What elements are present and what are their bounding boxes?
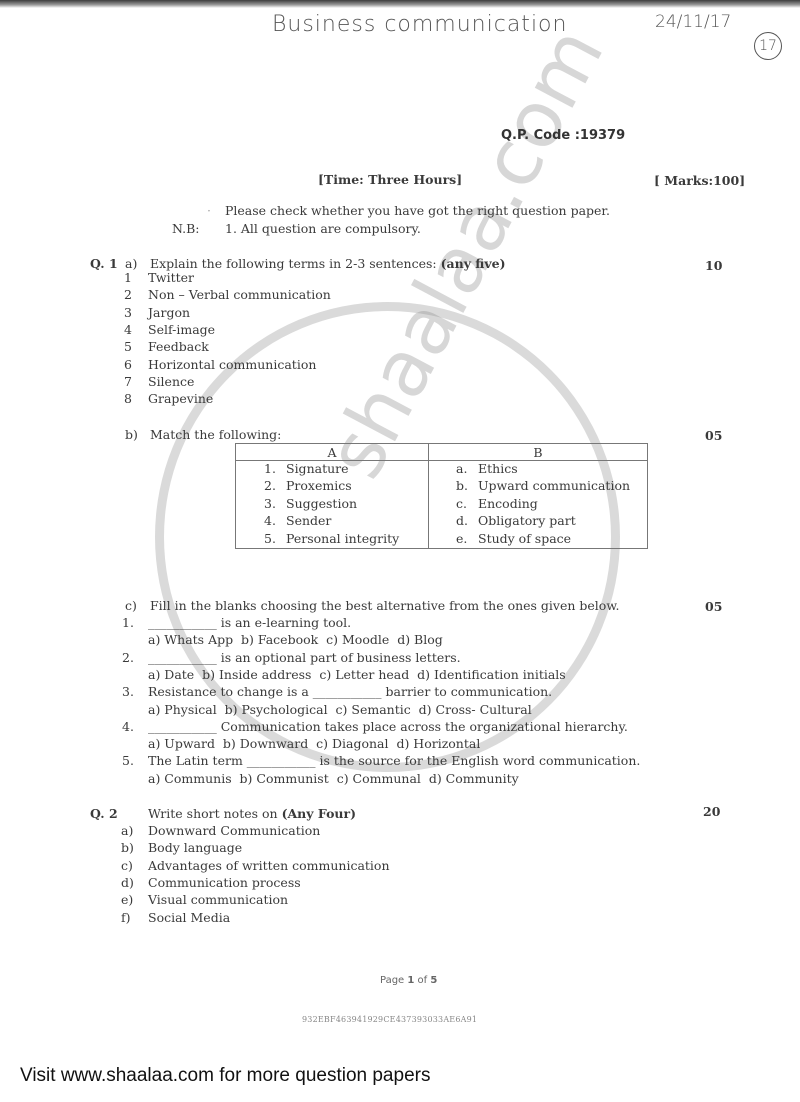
match-row: 1.Signaturea.Ethics	[236, 461, 648, 479]
item-text: Communication process	[148, 875, 301, 890]
q2-note-item: c)Advantages of written communication	[121, 858, 390, 873]
match-col-b-cell: e.Study of space	[429, 531, 648, 549]
match-table: A B 1.Signaturea.Ethics2.Proxemicsb.Upwa…	[235, 443, 648, 549]
bullet-dot: ·	[207, 203, 211, 218]
fill-blank-question: Resistance to change is a ___________ ba…	[148, 684, 552, 699]
q1b-label: b)	[125, 427, 138, 442]
fill-blank-options: a) Whats App b) Facebook c) Moodle d) Bl…	[148, 632, 443, 647]
q1c-label: c)	[125, 598, 137, 613]
item-text: Grapevine	[148, 391, 213, 406]
q1a-term-item: 2Non – Verbal communication	[124, 287, 331, 302]
q1a-term-item: 6Horizontal communication	[124, 357, 316, 372]
q2-note-item: a)Downward Communication	[121, 823, 320, 838]
q1a-term-item: 4Self-image	[124, 322, 215, 337]
q1a-marks: 10	[705, 258, 722, 273]
q1a-term-item: 1Twitter	[124, 270, 194, 285]
item-letter: b)	[121, 840, 148, 855]
item-number: 2	[124, 287, 148, 302]
instruction-text: Please check whether you have got the ri…	[225, 203, 610, 218]
q1-label: Q. 1	[90, 256, 118, 271]
match-col-a-cell: 4.Sender	[236, 513, 429, 530]
fill-blank-number: 5.	[122, 753, 134, 768]
handwritten-date: 24/11/17	[655, 12, 731, 32]
match-col-a-cell: 2.Proxemics	[236, 478, 429, 495]
fill-blank-options: a) Upward b) Downward c) Diagonal d) Hor…	[148, 736, 480, 751]
nb-item: 1. All question are compulsory.	[225, 221, 421, 236]
q1a-prompt: Explain the following terms in 2-3 sente…	[150, 256, 506, 271]
item-letter: c)	[121, 858, 148, 873]
item-letter: a)	[121, 823, 148, 838]
match-row: 5.Personal integritye.Study of space	[236, 531, 648, 549]
q1a-term-item: 5Feedback	[124, 339, 209, 354]
q2-label: Q. 2	[90, 806, 118, 821]
item-text: Non – Verbal communication	[148, 287, 331, 302]
visit-link-text[interactable]: Visit www.shaalaa.com for more question …	[20, 1065, 430, 1087]
match-col-b-header: B	[429, 444, 648, 461]
fill-blank-question: ___________ Communication takes place ac…	[148, 719, 628, 734]
fill-blank-options: a) Physical b) Psychological c) Semantic…	[148, 702, 532, 717]
q1b-prompt: Match the following:	[150, 427, 281, 442]
fill-blank-question: The Latin term ___________ is the source…	[148, 753, 640, 768]
item-text: Feedback	[148, 339, 209, 354]
match-col-a-cell: 1.Signature	[236, 461, 429, 479]
item-text: Social Media	[148, 910, 230, 925]
q1c-prompt: Fill in the blanks choosing the best alt…	[150, 598, 620, 613]
nb-label: N.B:	[172, 221, 200, 236]
item-text: Visual communication	[148, 892, 288, 907]
q1a-term-item: 7Silence	[124, 374, 194, 389]
q2-marks: 20	[703, 804, 720, 819]
item-text: Horizontal communication	[148, 357, 316, 372]
q2-note-item: e)Visual communication	[121, 892, 288, 907]
item-number: 7	[124, 374, 148, 389]
fill-blank-number: 2.	[122, 650, 134, 665]
item-letter: d)	[121, 875, 148, 890]
q1a-term-item: 8Grapevine	[124, 391, 213, 406]
q1c-marks: 05	[705, 599, 722, 614]
match-col-b-cell: c.Encoding	[429, 496, 648, 513]
q1a-term-item: 3Jargon	[124, 305, 190, 320]
q2-prompt: Write short notes on (Any Four)	[148, 806, 356, 821]
q1b-marks: 05	[705, 428, 722, 443]
match-row: 2.Proxemicsb.Upward communication	[236, 478, 648, 495]
item-text: Advantages of written communication	[148, 858, 390, 873]
match-col-a-header: A	[236, 444, 429, 461]
match-row: 3.Suggestionc.Encoding	[236, 496, 648, 513]
match-col-b-cell: b.Upward communication	[429, 478, 648, 495]
match-col-a-cell: 3.Suggestion	[236, 496, 429, 513]
q2-note-item: f)Social Media	[121, 910, 230, 925]
item-text: Body language	[148, 840, 242, 855]
exam-marks: [ Marks:100]	[654, 173, 745, 188]
watermark-text: shaalaa.com	[310, 14, 622, 493]
scan-top-edge	[0, 0, 800, 8]
page-number: Page 1 of 5	[380, 975, 437, 986]
fill-blank-number: 4.	[122, 719, 134, 734]
fill-blank-options: a) Date b) Inside address c) Letter head…	[148, 667, 566, 682]
item-letter: e)	[121, 892, 148, 907]
item-number: 4	[124, 322, 148, 337]
qp-code: Q.P. Code :19379	[501, 128, 625, 143]
document-hash: 932EBF463941929CE437393033AE6A91	[302, 1015, 477, 1024]
exam-time: [Time: Three Hours]	[318, 172, 462, 187]
item-number: 6	[124, 357, 148, 372]
match-col-a-cell: 5.Personal integrity	[236, 531, 429, 549]
item-number: 3	[124, 305, 148, 320]
item-letter: f)	[121, 910, 148, 925]
fill-blank-question: ___________ is an e-learning tool.	[148, 615, 351, 630]
item-number: 5	[124, 339, 148, 354]
q2-note-item: d)Communication process	[121, 875, 301, 890]
item-number: 1	[124, 270, 148, 285]
item-text: Silence	[148, 374, 194, 389]
handwritten-circled-number: 17	[754, 32, 782, 60]
match-col-b-cell: d.Obligatory part	[429, 513, 648, 530]
fill-blank-number: 3.	[122, 684, 134, 699]
q2-note-item: b)Body language	[121, 840, 242, 855]
match-row: 4.Senderd.Obligatory part	[236, 513, 648, 530]
item-text: Twitter	[148, 270, 194, 285]
fill-blank-question: ___________ is an optional part of busin…	[148, 650, 461, 665]
match-col-b-cell: a.Ethics	[429, 461, 648, 479]
handwritten-subject: Business communication	[272, 12, 567, 37]
item-text: Downward Communication	[148, 823, 320, 838]
q1a-label: a)	[125, 256, 137, 271]
fill-blank-options: a) Communis b) Communist c) Communal d) …	[148, 771, 519, 786]
fill-blank-number: 1.	[122, 615, 134, 630]
item-number: 8	[124, 391, 148, 406]
item-text: Jargon	[148, 305, 190, 320]
item-text: Self-image	[148, 322, 215, 337]
